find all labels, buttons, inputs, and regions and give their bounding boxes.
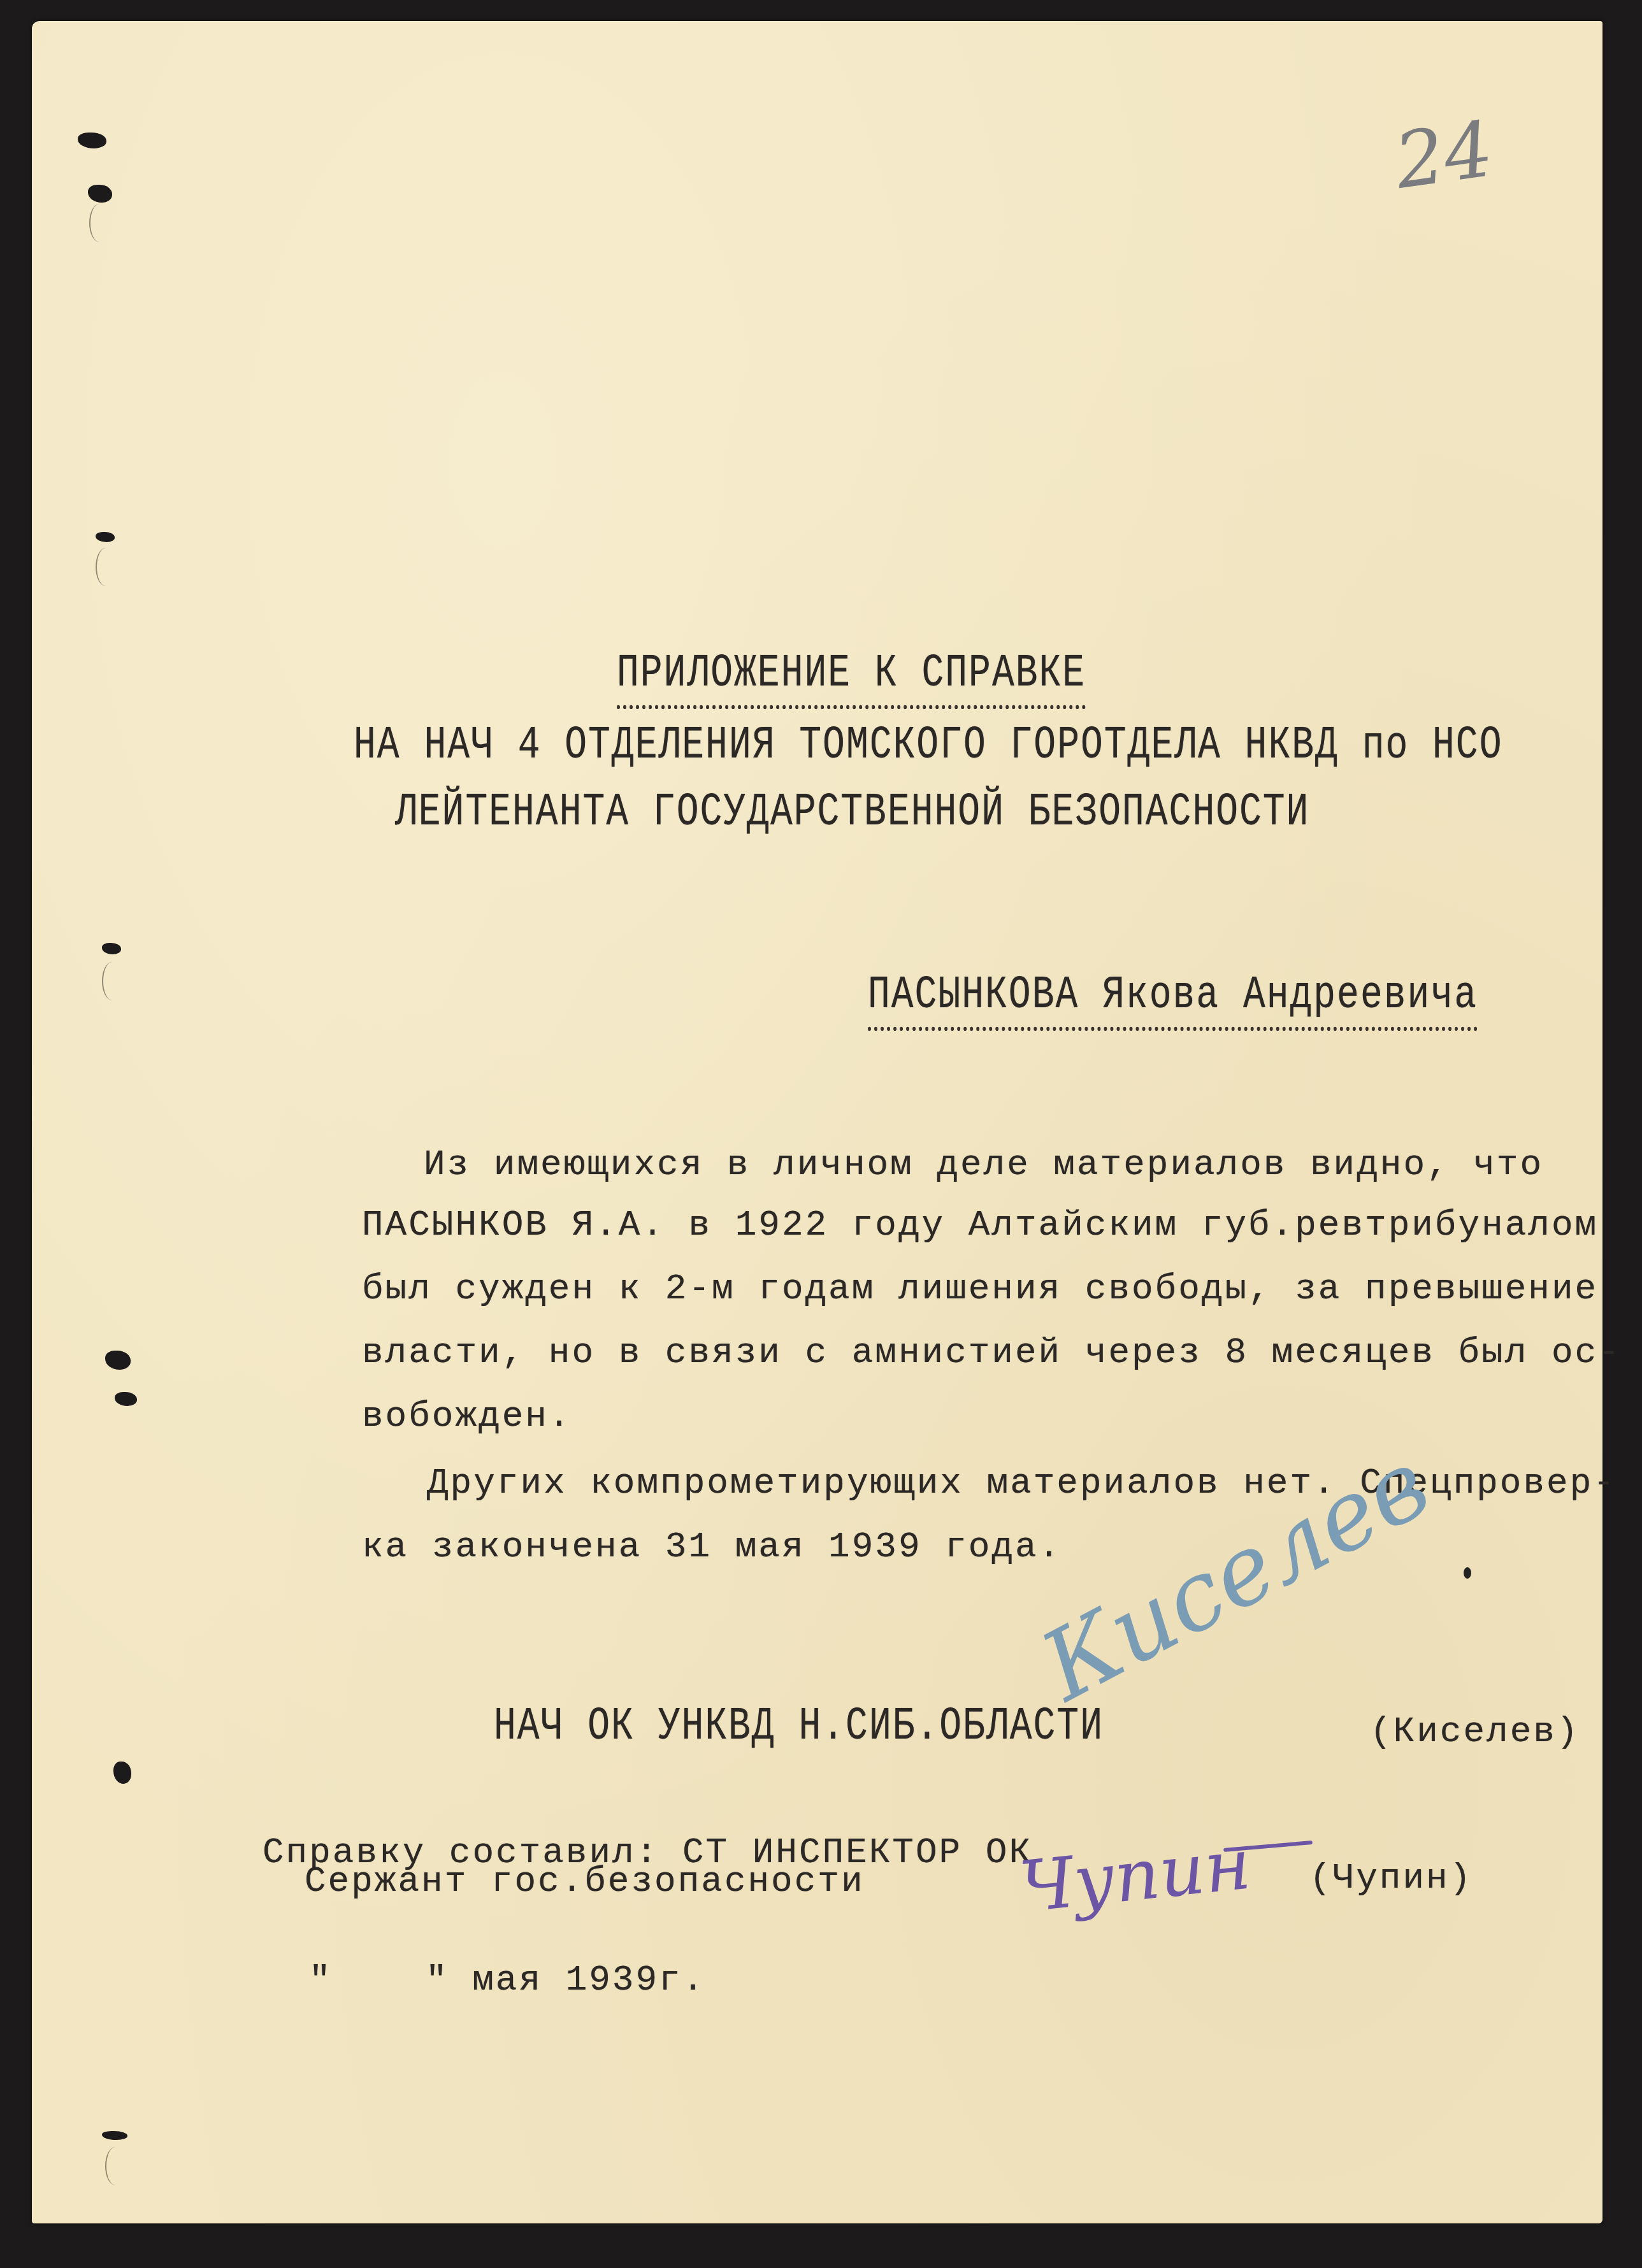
document-date: " " мая 1939г. <box>309 1962 705 1998</box>
ink-dot <box>1464 1567 1471 1579</box>
body-line: Из имеющихся в личном деле материалов ви… <box>424 1147 1543 1182</box>
subject-name: ПАСЫНКОВА Якова Андреевича <box>868 973 1478 1031</box>
chief-name: (Киселев) <box>1370 1714 1580 1749</box>
paper-tear <box>105 2147 126 2185</box>
addressee-line: НА НАЧ 4 ОТДЕЛЕНИЯ ТОМСКОГО ГОРОТДЕЛА НК… <box>354 724 1502 770</box>
paper-tear <box>102 962 122 1000</box>
compiler-name: (Чупин) <box>1309 1860 1473 1896</box>
body-line: был сужден к 2-м годам лишения свободы, … <box>362 1271 1598 1307</box>
document-title: ПРИЛОЖЕНИЕ К СПРАВКЕ <box>617 651 1086 709</box>
paper-tear <box>96 548 116 586</box>
compiler-rank: Сержант гос.безопасности <box>305 1863 865 1899</box>
body-line: Других компрометирующих материалов нет. … <box>427 1465 1617 1501</box>
chief-position: НАЧ ОК УНКВД Н.СИБ.ОБЛАСТИ <box>494 1705 1104 1751</box>
body-line: вобожден. <box>362 1398 572 1434</box>
rank-line: ЛЕЙТЕНАНТА ГОСУДАРСТВЕННОЙ БЕЗОПАСНОСТИ <box>395 791 1309 837</box>
body-line: ка закончена 31 мая 1939 года. <box>362 1529 1062 1565</box>
page-number: 24 <box>1390 105 1499 206</box>
paper-tear <box>89 204 110 242</box>
body-line: ПАСЫНКОВ Я.А. в 1922 году Алтайским губ.… <box>362 1207 1598 1243</box>
body-line: власти, но в связи с амнистией через 8 м… <box>362 1335 1622 1370</box>
